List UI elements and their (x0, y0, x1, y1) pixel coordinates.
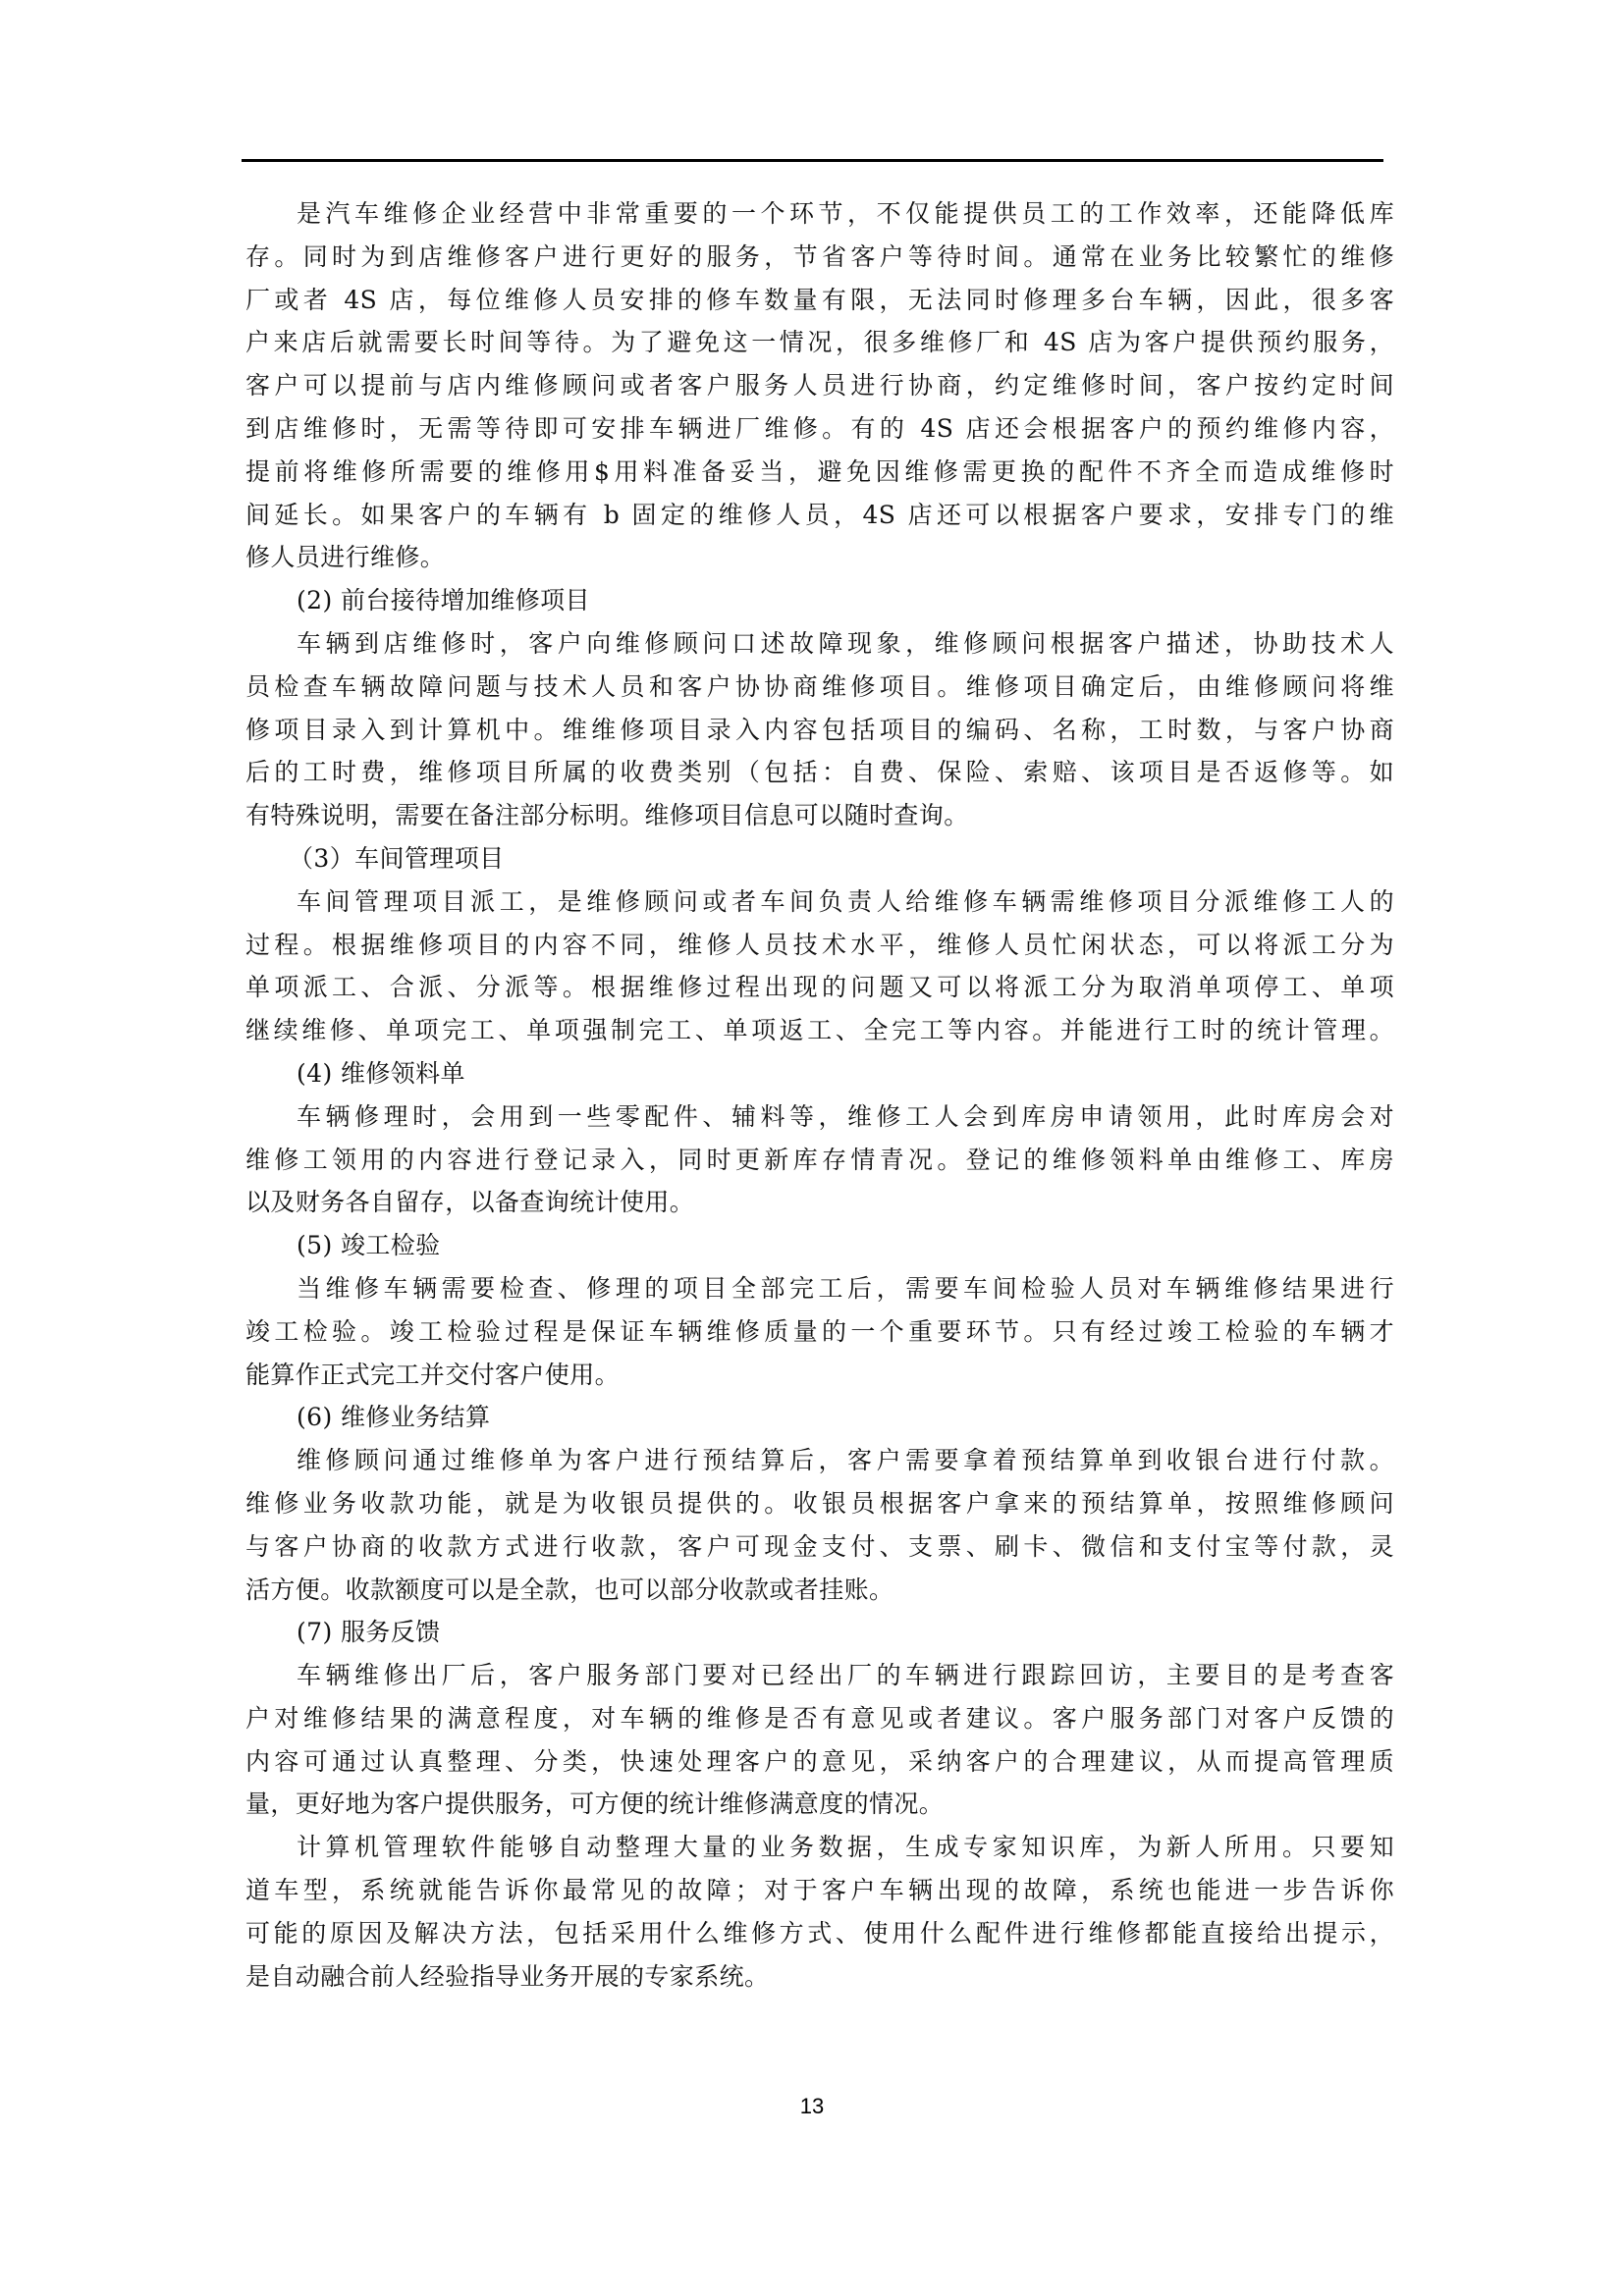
paragraph-material-requisition: 车辆修理时，会用到一些零配件、辅料等，维修工人会到库房申请领用，此时库房会对 维… (245, 1095, 1394, 1224)
text-line: 修项目录入到计算机中。维维修项目录入内容包括项目的编码、名称，工时数，与客户协商 (245, 709, 1394, 752)
text-line: 后的工时费，维修项目所属的收费类别（包括：自费、保险、索赔、该项目是否返修等。如 (245, 751, 1394, 794)
text-line: 量，更好地为客户提供服务，可方便的统计维修满意度的情况。 (245, 1783, 1394, 1826)
text-line: 车辆修理时，会用到一些零配件、辅料等，维修工人会到库房申请领用，此时库房会对 (245, 1095, 1394, 1139)
paragraph-completion-inspection: 当维修车辆需要检查、修理的项目全部完工后，需要车间检验人员对车辆维修结果进行 竣… (245, 1267, 1394, 1396)
section-heading-7: (7) 服务反馈 (245, 1611, 1394, 1654)
text-line: 内容可通过认真整理、分类，快速处理客户的意见，采纳客户的合理建议，从而提高管理质 (245, 1740, 1394, 1784)
text-line: 间延长。如果客户的车辆有 b 固定的维修人员，4S 店还可以根据客户要求，安排专… (245, 494, 1394, 537)
section-heading-2: (2) 前台接待增加维修项目 (245, 579, 1394, 622)
text-line: 过程。根据维修项目的内容不同，维修人员技术水平，维修人员忙闲状态，可以将派工分为 (245, 924, 1394, 967)
text-line: 员检查车辆故障问题与技术人员和客户协协商维修项目。维修项目确定后，由维修顾问将维 (245, 666, 1394, 709)
text-line: 单项派工、合派、分派等。根据维修过程出现的问题又可以将派工分为取消单项停工、单项 (245, 966, 1394, 1009)
paragraph-service-feedback: 车辆维修出厂后，客户服务部门要对已经出厂的车辆进行跟踪回访，主要目的是考查客 户… (245, 1654, 1394, 1826)
section-heading-5: (5) 竣工检验 (245, 1224, 1394, 1267)
text-line: 车间管理项目派工，是维修顾问或者车间负责人给维修车辆需维修项目分派维修工人的 (245, 881, 1394, 924)
text-line: 竣工检验。竣工检验过程是保证车辆维修质量的一个重要环节。只有经过竣工检验的车辆才 (245, 1310, 1394, 1354)
text-line: 能算作正式完工并交付客户使用。 (245, 1354, 1394, 1397)
text-line: 以及财务各自留存，以备查询统计使用。 (245, 1181, 1394, 1224)
paragraph-expert-system: 计算机管理软件能够自动整理大量的业务数据，生成专家知识库，为新人所用。只要知 道… (245, 1826, 1394, 1998)
text-line: 是自动融合前人经验指导业务开展的专家系统。 (245, 1955, 1394, 1999)
text-line: 可能的原因及解决方法，包括采用什么维修方式、使用什么配件进行维修都能直接给出提示… (245, 1912, 1394, 1955)
text-line: 维修工领用的内容进行登记录入，同时更新库存情青况。登记的维修领料单由维修工、库房 (245, 1139, 1394, 1182)
section-heading-6: (6) 维修业务结算 (245, 1396, 1394, 1439)
paragraph-workshop: 车间管理项目派工，是维修顾问或者车间负责人给维修车辆需维修项目分派维修工人的 过… (245, 881, 1394, 1052)
text-line: 车辆到店维修时，客户向维修顾问口述故障现象，维修顾问根据客户描述，协助技术人 (245, 622, 1394, 666)
text-line: 继续维修、单项完工、单项强制完工、单项返工、全完工等内容。并能进行工时的统计管理… (245, 1009, 1394, 1052)
text-line: 是汽车维修企业经营中非常重要的一个环节，不仅能提供员工的工作效率，还能降低库 (245, 192, 1394, 236)
text-line: 维修顾问通过维修单为客户进行预结算后，客户需要拿着预结算单到收银台进行付款。 (245, 1439, 1394, 1482)
text-line: 活方便。收款额度可以是全款，也可以部分收款或者挂账。 (245, 1569, 1394, 1612)
text-line: 到店维修时，无需等待即可安排车辆进厂维修。有的 4S 店还会根据客户的预约维修内… (245, 407, 1394, 451)
text-line: 户来店后就需要长时间等待。为了避免这一情况，很多维修厂和 4S 店为客户提供预约… (245, 321, 1394, 364)
text-line: 户对维修结果的满意程度，对车辆的维修是否有意见或者建议。客户服务部门对客户反馈的 (245, 1697, 1394, 1740)
text-line: 存。同时为到店维修客户进行更好的服务，节省客户等待时间。通常在业务比较繁忙的维修 (245, 236, 1394, 279)
section-heading-3: （3）车间管理项目 (245, 837, 1394, 881)
text-line: 计算机管理软件能够自动整理大量的业务数据，生成专家知识库，为新人所用。只要知 (245, 1826, 1394, 1869)
text-line: 维修业务收款功能，就是为收银员提供的。收银员根据客户拿来的预结算单，按照维修顾问 (245, 1482, 1394, 1525)
header-rule (242, 159, 1383, 162)
paragraph-settlement: 维修顾问通过维修单为客户进行预结算后，客户需要拿着预结算单到收银台进行付款。 维… (245, 1439, 1394, 1611)
page-number: 13 (0, 2094, 1624, 2119)
text-line: 有特殊说明，需要在备注部分标明。维修项目信息可以随时查询。 (245, 794, 1394, 837)
text-line: 提前将维修所需要的维修用$用料准备妥当，避免因维修需更换的配件不齐全而造成维修时 (245, 451, 1394, 494)
paragraph-intro: 是汽车维修企业经营中非常重要的一个环节，不仅能提供员工的工作效率，还能降低库 存… (245, 192, 1394, 579)
document-body: 是汽车维修企业经营中非常重要的一个环节，不仅能提供员工的工作效率，还能降低库 存… (245, 192, 1394, 1998)
section-heading-4: (4) 维修领料单 (245, 1052, 1394, 1095)
text-line: 修人员进行维修。 (245, 536, 1394, 579)
text-line: 当维修车辆需要检查、修理的项目全部完工后，需要车间检验人员对车辆维修结果进行 (245, 1267, 1394, 1310)
text-line: 客户可以提前与店内维修顾问或者客户服务人员进行协商，约定维修时间，客户按约定时间 (245, 364, 1394, 407)
paragraph-front-desk: 车辆到店维修时，客户向维修顾问口述故障现象，维修顾问根据客户描述，协助技术人 员… (245, 622, 1394, 837)
text-line: 与客户协商的收款方式进行收款，客户可现金支付、支票、刷卡、微信和支付宝等付款，灵 (245, 1525, 1394, 1569)
text-line: 厂或者 4S 店，每位维修人员安排的修车数量有限，无法同时修理多台车辆，因此，很… (245, 279, 1394, 322)
text-line: 车辆维修出厂后，客户服务部门要对已经出厂的车辆进行跟踪回访，主要目的是考查客 (245, 1654, 1394, 1697)
text-line: 道车型，系统就能告诉你最常见的故障；对于客户车辆出现的故障，系统也能进一步告诉你 (245, 1869, 1394, 1912)
